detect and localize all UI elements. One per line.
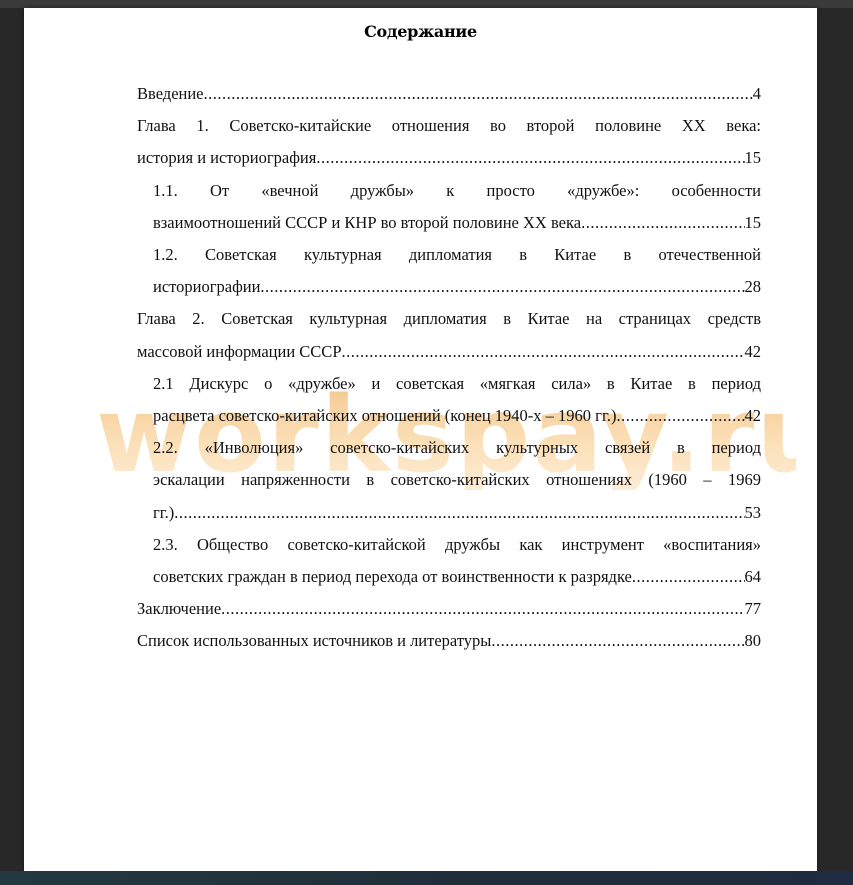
- toc-entry[interactable]: 2.3. Общество советско-китайской дружбы …: [137, 529, 761, 593]
- toc-leader-dots: [632, 561, 745, 593]
- toc-entry[interactable]: Список использованных источников и литер…: [137, 625, 761, 657]
- toc-entry-line: Глава 1. Советско-китайские отношения во…: [137, 110, 761, 142]
- toc-entry-last-line: расцвета советско-китайских отношений (к…: [153, 400, 761, 432]
- toc-entry-last-line: Список использованных источников и литер…: [137, 625, 761, 657]
- toc-entry-title: советских граждан в период перехода от в…: [153, 561, 632, 593]
- toc-entry-last-line: историографии28: [153, 271, 761, 303]
- toc-leader-dots: [204, 78, 753, 110]
- toc-entry-title: Введение: [137, 78, 204, 110]
- toc-entry[interactable]: 2.2. «Инволюция» советско-китайских куль…: [137, 432, 761, 529]
- toc-page-number: 53: [745, 497, 762, 529]
- toc-entry-last-line: советских граждан в период перехода от в…: [153, 561, 761, 593]
- toc-entry-title: история и историография: [137, 142, 316, 174]
- toc-entry-last-line: взаимоотношений СССР и КНР во второй пол…: [153, 207, 761, 239]
- toc-entry-title: гг.): [153, 497, 174, 529]
- toc-entry-title: расцвета советско-китайских отношений (к…: [153, 400, 616, 432]
- toc-entry-title: массовой информации СССР: [137, 336, 342, 368]
- toc-page-number: 77: [745, 593, 762, 625]
- toc-entry-last-line: массовой информации СССР42: [137, 336, 761, 368]
- toc-entry-title: Список использованных источников и литер…: [137, 625, 491, 657]
- toc-entry[interactable]: Глава 2. Советская культурная дипломатия…: [137, 303, 761, 367]
- toc-page-number: 4: [753, 78, 761, 110]
- toc-entry[interactable]: Введение4: [137, 78, 761, 110]
- toc-leader-dots: [174, 497, 744, 529]
- viewer-bottom-bar: [0, 871, 853, 885]
- toc-page-number: 15: [745, 207, 762, 239]
- toc-leader-dots: [221, 593, 744, 625]
- toc-entry[interactable]: 1.2. Советская культурная дипломатия в К…: [137, 239, 761, 303]
- toc-entry-line: Глава 2. Советская культурная дипломатия…: [137, 303, 761, 335]
- toc-page-number: 28: [745, 271, 762, 303]
- toc-leader-dots: [581, 207, 744, 239]
- toc-page-number: 64: [745, 561, 762, 593]
- toc-entry-title: историографии: [153, 271, 260, 303]
- toc-entry-line: 1.1. От «вечной дружбы» к просто «дружбе…: [153, 175, 761, 207]
- toc-entry-last-line: Введение4: [137, 78, 761, 110]
- toc-entry[interactable]: 1.1. От «вечной дружбы» к просто «дружбе…: [137, 175, 761, 239]
- toc-entry-last-line: Заключение77: [137, 593, 761, 625]
- toc-entry-title: Заключение: [137, 593, 221, 625]
- toc-leader-dots: [260, 271, 744, 303]
- toc-leader-dots: [342, 336, 745, 368]
- toc-entry[interactable]: Заключение77: [137, 593, 761, 625]
- toc-leader-dots: [491, 625, 744, 657]
- toc-page-number: 42: [745, 400, 762, 432]
- toc-entry[interactable]: 2.1 Дискурс о «дружбе» и советская «мягк…: [137, 368, 761, 432]
- toc-entry-line: эскалации напряженности в советско-китай…: [153, 464, 761, 496]
- toc-entry[interactable]: Глава 1. Советско-китайские отношения во…: [137, 110, 761, 174]
- toc-leader-dots: [616, 400, 744, 432]
- toc-page-number: 42: [745, 336, 762, 368]
- document-page[interactable]: Содержание workspay.ru Введение4Глава 1.…: [24, 8, 817, 871]
- toc-entry-last-line: история и историография15: [137, 142, 761, 174]
- toc-leader-dots: [316, 142, 744, 174]
- viewer-top-bar: [0, 0, 853, 8]
- table-of-contents: Введение4Глава 1. Советско-китайские отн…: [137, 78, 761, 658]
- toc-entry-line: 2.3. Общество советско-китайской дружбы …: [153, 529, 761, 561]
- toc-entry-title: взаимоотношений СССР и КНР во второй пол…: [153, 207, 581, 239]
- toc-page-number: 80: [745, 625, 762, 657]
- toc-entry-last-line: гг.)53: [153, 497, 761, 529]
- toc-entry-line: 2.1 Дискурс о «дружбе» и советская «мягк…: [153, 368, 761, 400]
- page-heading: Содержание: [24, 22, 817, 41]
- toc-entry-line: 2.2. «Инволюция» советско-китайских куль…: [153, 432, 761, 464]
- toc-page-number: 15: [745, 142, 762, 174]
- toc-entry-line: 1.2. Советская культурная дипломатия в К…: [153, 239, 761, 271]
